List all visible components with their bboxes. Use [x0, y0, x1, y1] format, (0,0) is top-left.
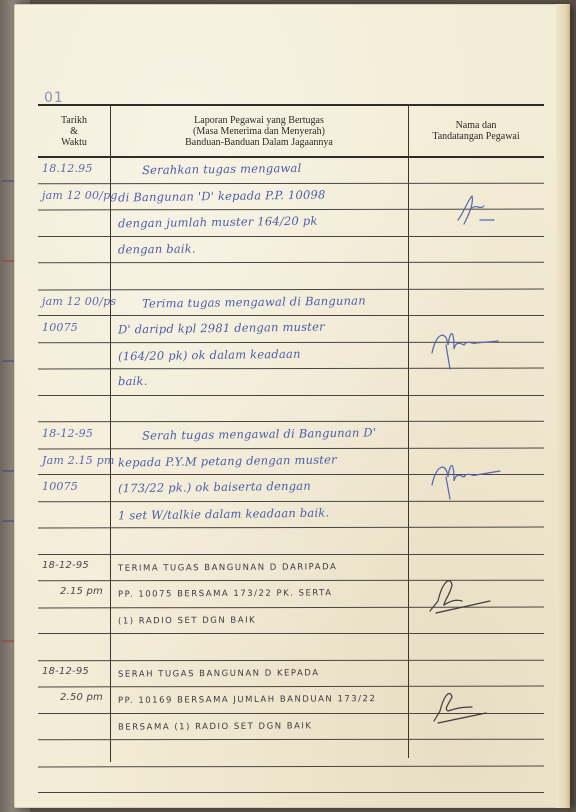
entry-report-line: Terima tugas mengawal di Bangunan [142, 293, 366, 310]
entry-report-line: Serah tugas mengawal di Bangunan D' [142, 425, 376, 442]
entry-report-line: 1 set W/talkie dalam keadaan baik. [118, 505, 329, 522]
ruled-line [38, 288, 544, 290]
header-bottom-rule [38, 156, 544, 158]
signature-5 [428, 681, 518, 731]
ruled-line [38, 792, 544, 793]
ruled-line [38, 395, 544, 396]
ruled-line [38, 633, 544, 634]
entry-date-time: 18-12-95 [42, 666, 89, 677]
entry-report-line: Serahkan tugas mengawal [142, 161, 302, 177]
ruled-line [38, 554, 544, 555]
entry-report-line: (173/22 pk.) ok baiserta dengan [118, 479, 311, 496]
table-top-rule [38, 104, 544, 106]
entry-date-time: 2.15 pm [60, 586, 103, 597]
entry-report-line: (164/20 pk) ok dalam keadaan [118, 346, 301, 363]
ruled-line [38, 182, 544, 183]
page-edge [556, 4, 570, 808]
entry-report-line: PP. 10075 bersama 173/22 pk. serta [118, 588, 333, 599]
ruled-line [38, 315, 544, 316]
ruled-line [38, 739, 544, 740]
entry-date-time: jam 12 00/pg [42, 189, 118, 202]
entry-date-time: 10075 [42, 480, 78, 493]
header-date-time: Tarikh & Waktu [38, 108, 110, 154]
ruled-line [38, 421, 544, 422]
entry-report-line: dengan jumlah muster 164/20 pk [118, 214, 318, 231]
entry-date-time: 18-12-95 [42, 427, 93, 440]
signature-3 [428, 455, 518, 505]
ruled-line [38, 527, 544, 529]
entry-report-line: kepada P.Y.M petang dengan muster [118, 452, 337, 469]
entry-date-time: 2.50 pm [60, 692, 103, 703]
entry-date-time: 10075 [42, 321, 78, 334]
entry-report-line: Serah tugas bangunan D kepada [118, 668, 320, 679]
header-report: Laporan Pegawai yang Bertugas (Masa Mene… [110, 108, 408, 154]
entry-report-line: bersama (1) radio set dgn baik [118, 721, 313, 732]
entry-report-line: dengan baik. [118, 241, 196, 256]
entry-report-line: Terima tugas bangunan D daripada [118, 562, 337, 574]
signature-4 [428, 575, 518, 625]
entry-report-line: di Bangunan 'D' kepada P.P. 10098 [118, 187, 326, 204]
ruled-line [38, 659, 544, 660]
entry-report-line: PP. 10169 bersama jumlah banduan 173/22 [118, 694, 376, 706]
header-officer: Nama dan Tandatangan Pegawai [408, 108, 544, 154]
column-divider [110, 104, 111, 762]
entry-date-time: Jam 2.15 pm [42, 454, 115, 467]
entry-date-time: jam 12 00/ps [42, 295, 116, 308]
entry-report-line: (1) Radio set dgn baik [118, 615, 256, 626]
ruled-line [38, 262, 544, 263]
ruled-line [38, 765, 544, 767]
logbook-page: 01 Tarikh & Waktu Laporan Pegawai yang B… [14, 4, 570, 808]
entry-report-line: D' daripd kpl 2981 dengan muster [118, 320, 325, 337]
duty-log-table: Tarikh & Waktu Laporan Pegawai yang Bert… [38, 104, 544, 754]
signature-1 [450, 190, 540, 240]
signature-2 [428, 323, 518, 373]
entry-date-time: 18.12.95 [42, 162, 93, 175]
entry-report-line: baik. [118, 374, 148, 388]
ruled-line [38, 447, 544, 449]
entry-date-time: 18-12-95 [42, 560, 89, 571]
